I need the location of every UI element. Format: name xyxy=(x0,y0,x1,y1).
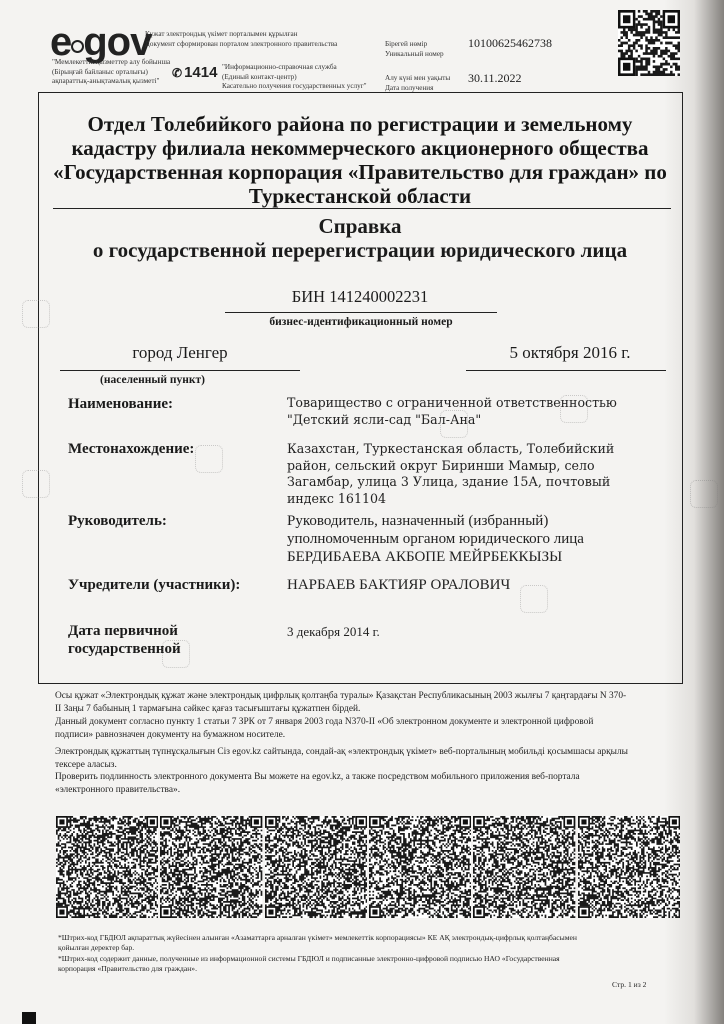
2d-barcode-icon xyxy=(578,816,680,918)
bin-underline xyxy=(225,312,497,313)
page-number: Стр. 1 из 2 xyxy=(612,980,646,989)
watermark-ornament-icon xyxy=(440,410,468,438)
city-caption: (населенный пункт) xyxy=(60,374,245,386)
contact-ru-line: Касательно получения государственных усл… xyxy=(222,82,367,92)
unique-number-label: Бірегей нөмір Уникальный номер xyxy=(385,40,444,59)
organization-divider xyxy=(53,208,671,209)
watermark-ornament-icon xyxy=(560,395,588,423)
watermark-ornament-icon xyxy=(22,300,50,328)
legal-line: Электрондық құжаттың түпнұсқалығын Сіз e… xyxy=(55,746,695,759)
bin-caption: бизнес-идентификационный номер xyxy=(225,316,497,328)
bin-value: БИН 141240002231 xyxy=(240,287,480,307)
contact-ru-line: "Информационно-справочная служба xyxy=(222,63,367,73)
portal-note: Құжат электрондық үкімет порталымен құры… xyxy=(145,30,337,49)
contact-kz-line: "Мемлекеттік қызметтер алу бойынша xyxy=(52,58,170,68)
legal-line: подписи» равнозначен документу на бумажн… xyxy=(55,729,695,742)
2d-barcode-icon xyxy=(160,816,262,918)
unique-number-value: 10100625462738 xyxy=(468,36,552,51)
egov-logo: egov xyxy=(50,22,151,62)
value-line: БЕРДИБАЕВА АКБОПЕ МЕЙРБЕККЫЗЫ xyxy=(287,548,667,566)
organization-line: Туркестанской области xyxy=(40,184,680,208)
field-label-location: Местонахождение: xyxy=(68,440,194,458)
legal-line: «электронного правительства». xyxy=(55,784,695,797)
footer-line: *Штрих-код ГБДЮЛ ақпараттық жүйесінен ал… xyxy=(58,933,698,943)
hotline-number: ✆1414 xyxy=(172,64,217,81)
2d-barcode-icon xyxy=(265,816,367,918)
received-date-value: 30.11.2022 xyxy=(468,71,522,86)
field-value-name: Товарищество с ограниченной ответственно… xyxy=(287,395,667,428)
field-value-founders: НАРБАЕВ БАКТИЯР ОРАЛОВИЧ xyxy=(287,576,667,594)
watermark-ornament-icon xyxy=(22,470,50,498)
contact-kz-line: (Бірыңғай байланыс орталығы) xyxy=(52,68,170,78)
field-value-location: Казахстан, Туркестанская область, Толеби… xyxy=(287,441,667,507)
value-line: район, сельский округ Биринши Мамыр, сел… xyxy=(287,458,667,475)
value-line: Руководитель, назначенный (избранный) xyxy=(287,512,667,530)
footer-line: *Штрих-код содержит данные, полученные и… xyxy=(58,954,698,964)
hotline-number-text: 1414 xyxy=(184,64,217,81)
document-header: egov Құжат электрондық үкімет порталымен… xyxy=(0,0,724,100)
organization-line: Отдел Толебийкого района по регистрации … xyxy=(40,112,680,136)
field-value-director: Руководитель, назначенный (избранный) уп… xyxy=(287,512,667,566)
certificate-title: Справка о государственной перерегистраци… xyxy=(40,214,680,262)
contact-ru-line: (Единый контакт-центр) xyxy=(222,73,367,83)
legal-line: Проверить подлинность электронного докум… xyxy=(55,771,695,784)
contact-center-ru: "Информационно-справочная служба (Единый… xyxy=(222,63,367,92)
label-line: Дата первичной xyxy=(68,622,181,640)
value-line: уполномоченным органом юридического лица xyxy=(287,530,667,548)
legal-line: тексере аласыз. xyxy=(55,759,695,772)
verify-note-ru: Проверить подлинность электронного докум… xyxy=(55,771,695,796)
portal-note-kz: Құжат электрондық үкімет порталымен құры… xyxy=(145,30,337,40)
field-label-name: Наименование: xyxy=(68,395,173,413)
organization-line: «Государственная корпорация «Правительст… xyxy=(40,160,680,184)
qr-code-icon xyxy=(618,10,680,76)
legal-line: II Заңы 7 бабының 1 тармағына сәйкес қағ… xyxy=(55,703,695,716)
received-date-label: Алу күні мен уақыты Дата получения xyxy=(385,74,450,93)
egov-logo-dot-icon xyxy=(71,40,84,53)
issuing-organization: Отдел Толебийкого района по регистрации … xyxy=(40,112,680,208)
value-line: НАРБАЕВ БАКТИЯР ОРАЛОВИЧ xyxy=(287,576,667,594)
value-line: Товарищество с ограниченной ответственно… xyxy=(287,395,667,412)
field-value-primary-registration: 3 декабря 2014 г. xyxy=(287,623,667,641)
issue-date: 5 октября 2016 г. xyxy=(470,343,670,363)
field-label-founders: Учредители (участники): xyxy=(68,576,240,594)
city-underline xyxy=(60,370,300,371)
contact-kz-line: ақпараттық-анықтамалық қызметі" xyxy=(52,77,170,87)
value-line: 3 декабря 2014 г. xyxy=(287,623,667,641)
unique-number-label-ru: Уникальный номер xyxy=(385,50,444,60)
value-line: "Детский ясли-сад "Бал-Ана" xyxy=(287,412,667,429)
watermark-ornament-icon xyxy=(690,480,718,508)
verify-note-kz: Электрондық құжаттың түпнұсқалығын Сіз e… xyxy=(55,746,695,771)
portal-note-ru: Документ сформирован порталом электронно… xyxy=(145,40,337,50)
2d-barcode-icon xyxy=(56,816,158,918)
watermark-ornament-icon xyxy=(162,640,190,668)
footer-line: корпорация «Правительство для граждан». xyxy=(58,964,698,974)
value-line: индекс 161104 xyxy=(287,491,667,508)
contact-center-kz: "Мемлекеттік қызметтер алу бойынша (Біры… xyxy=(52,58,170,87)
document-title: Справка xyxy=(40,214,680,238)
footer-note-kz: *Штрих-код ГБДЮЛ ақпараттық жүйесінен ал… xyxy=(58,933,698,953)
2d-barcode-icon xyxy=(369,816,471,918)
legal-note-ru: Данный документ согласно пункту 1 статьи… xyxy=(55,716,695,741)
watermark-ornament-icon xyxy=(195,445,223,473)
watermark-ornament-icon xyxy=(520,585,548,613)
footer-note-ru: *Штрих-код содержит данные, полученные и… xyxy=(58,954,698,974)
legal-line: Данный документ согласно пункту 1 статьи… xyxy=(55,716,695,729)
received-date-label-kz: Алу күні мен уақыты xyxy=(385,74,450,84)
scan-mark xyxy=(22,1012,36,1024)
2d-barcode-strip xyxy=(56,816,680,918)
value-line: Загамбар, улица 3 Улица, здание 15А, поч… xyxy=(287,474,667,491)
legal-note-kz: Осы құжат «Электрондық құжат және электр… xyxy=(55,690,695,715)
footer-line: қойылған деректер бар. xyxy=(58,943,698,953)
2d-barcode-icon xyxy=(473,816,575,918)
document-subtitle: о государственной перерегистрации юридич… xyxy=(40,238,680,262)
unique-number-label-kz: Бірегей нөмір xyxy=(385,40,444,50)
city-value: город Ленгер xyxy=(60,343,300,363)
legal-line: Осы құжат «Электрондық құжат және электр… xyxy=(55,690,695,703)
field-label-director: Руководитель: xyxy=(68,512,167,530)
phone-icon: ✆ xyxy=(172,66,182,80)
value-line: Казахстан, Туркестанская область, Толеби… xyxy=(287,441,667,458)
organization-line: кадастру филиала некоммерческого акционе… xyxy=(40,136,680,160)
date-underline xyxy=(466,370,666,371)
